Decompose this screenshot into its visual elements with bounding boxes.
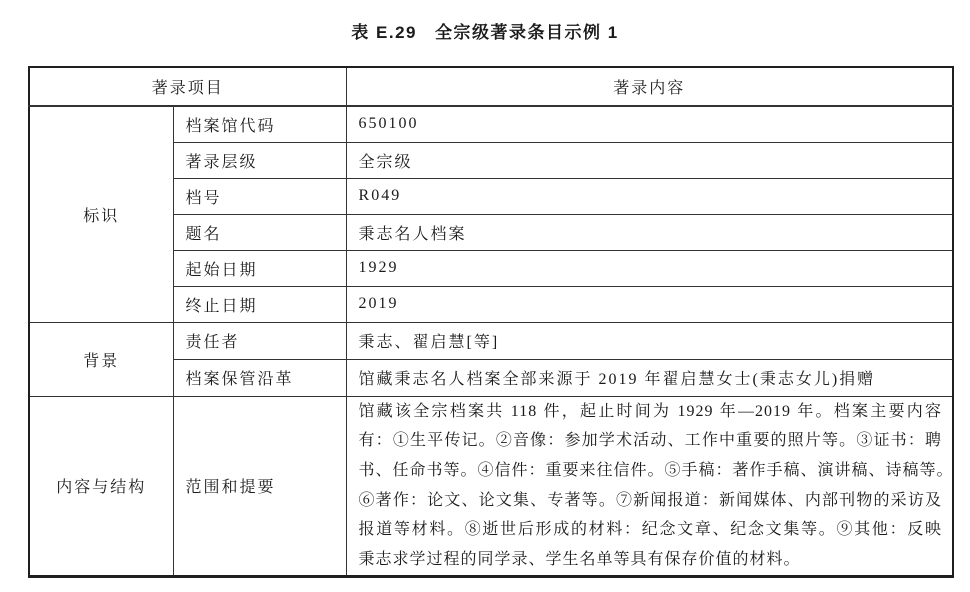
column-header-item: 著录项目 bbox=[29, 67, 346, 106]
group-label-identification: 标识 bbox=[29, 106, 173, 322]
item-value-custody-history: 馆藏秉志名人档案全部来源于 2019 年翟启慧女士(秉志女儿)捐赠 bbox=[346, 359, 953, 396]
table-caption-number: 表 E.29 bbox=[351, 23, 417, 42]
item-value-title: 秉志名人档案 bbox=[346, 214, 953, 250]
item-label-file-number: 档号 bbox=[173, 178, 346, 214]
group-label-content-structure: 内容与结构 bbox=[29, 396, 173, 576]
item-label-end-date: 终止日期 bbox=[173, 286, 346, 322]
column-header-content: 著录内容 bbox=[346, 67, 953, 106]
scope-summary-line: 秉志求学过程的同学录、学生名单等具有保存价值的材料。 bbox=[359, 545, 943, 575]
item-label-title: 题名 bbox=[173, 214, 346, 250]
item-value-description-level: 全宗级 bbox=[346, 142, 953, 178]
item-label-archive-code: 档案馆代码 bbox=[173, 106, 346, 142]
item-label-responsible-party: 责任者 bbox=[173, 322, 346, 359]
item-value-responsible-party: 秉志、翟启慧[等] bbox=[346, 322, 953, 359]
scope-summary-line: ⑥著作：论文、论文集、专著等。⑦新闻报道：新闻媒体、内部刊物的采访及 bbox=[359, 486, 943, 516]
item-value-scope-summary: 馆藏该全宗档案共 118 件，起止时间为 1929 年—2019 年。档案主要内… bbox=[346, 396, 953, 576]
scope-summary-line: 有：①生平传记。②音像：参加学术活动、工作中重要的照片等。③证书：聘 bbox=[359, 426, 943, 456]
table-row: 内容与结构 范围和提要 馆藏该全宗档案共 118 件，起止时间为 1929 年—… bbox=[29, 396, 953, 576]
description-table: 著录项目 著录内容 标识 档案馆代码 650100 著录层级 全宗级 档号 R0… bbox=[28, 66, 954, 578]
item-value-start-date: 1929 bbox=[346, 250, 953, 286]
item-value-archive-code: 650100 bbox=[346, 106, 953, 142]
table-caption: 表 E.29全宗级著录条目示例 1 bbox=[0, 18, 970, 43]
table-caption-title: 全宗级著录条目示例 1 bbox=[435, 23, 619, 42]
table-row: 标识 档案馆代码 650100 bbox=[29, 106, 953, 142]
item-label-start-date: 起始日期 bbox=[173, 250, 346, 286]
item-label-description-level: 著录层级 bbox=[173, 142, 346, 178]
scope-summary-line: 馆藏该全宗档案共 118 件，起止时间为 1929 年—2019 年。档案主要内… bbox=[359, 397, 943, 427]
group-label-background: 背景 bbox=[29, 322, 173, 396]
scope-summary-line: 报道等材料。⑧逝世后形成的材料：纪念文章、纪念文集等。⑨其他：反映 bbox=[359, 515, 943, 545]
item-label-custody-history: 档案保管沿革 bbox=[173, 359, 346, 396]
item-value-end-date: 2019 bbox=[346, 286, 953, 322]
table-row: 背景 责任者 秉志、翟启慧[等] bbox=[29, 322, 953, 359]
item-value-file-number: R049 bbox=[346, 178, 953, 214]
item-label-scope-summary: 范围和提要 bbox=[173, 396, 346, 576]
table-header-row: 著录项目 著录内容 bbox=[29, 67, 953, 106]
scope-summary-line: 书、任命书等。④信件：重要来往信件。⑤手稿：著作手稿、演讲稿、诗稿等。 bbox=[359, 456, 943, 486]
